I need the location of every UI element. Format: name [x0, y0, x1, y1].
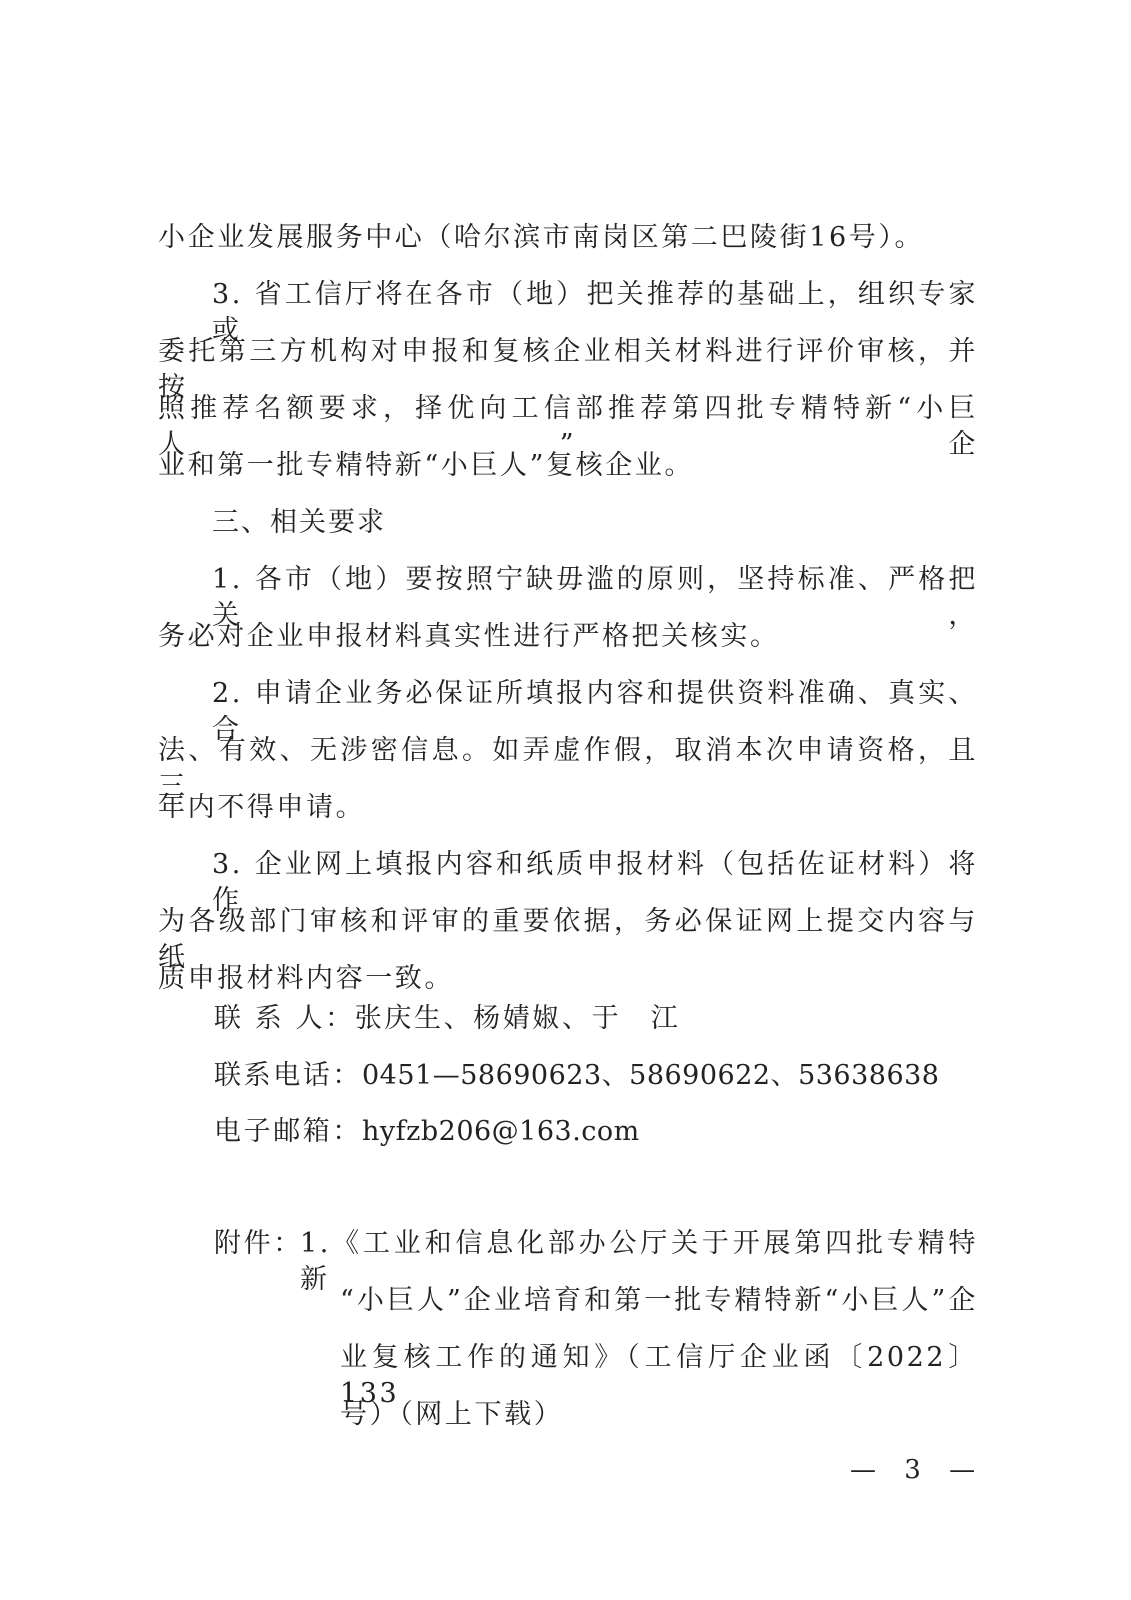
paragraph-line: 业和第一批专精特新“小巨人”复核企业。 — [158, 448, 978, 484]
paragraph-line: 为各级部门审核和评审的重要依据，务必保证网上提交内容与纸 — [158, 904, 978, 940]
attachment-item-line: 1.《工业和信息化部办公厅关于开展第四批专精特新 — [300, 1226, 978, 1262]
section-heading: 三、相关要求 — [212, 505, 978, 541]
contact-phone: 联系电话：0451—58690623、58690622、53638638 — [214, 1058, 914, 1094]
document-page: 小企业发展服务中心（哈尔滨市南岗区第二巴陵街16号）。 3. 省工信厅将在各市（… — [0, 0, 1131, 1600]
paragraph-line: 3. 企业网上填报内容和纸质申报材料（包括佐证材料）将作 — [212, 847, 978, 883]
attachment-item-line: 号）（网上下载） — [340, 1397, 978, 1433]
paragraph-line: 年内不得申请。 — [158, 790, 978, 826]
attachment-item-line: 业复核工作的通知》（工信厅企业函〔2022〕133 — [340, 1340, 978, 1376]
contact-person: 联 系 人：张庆生、杨婧婌、于 江 — [214, 1001, 914, 1037]
paragraph-line: 委托第三方机构对申报和复核企业相关材料进行评价审核，并按 — [158, 334, 978, 370]
paragraph-line: 3. 省工信厅将在各市（地）把关推荐的基础上，组织专家或 — [212, 277, 978, 313]
paragraph-line: 务必对企业申报材料真实性进行严格把关核实。 — [158, 619, 978, 655]
paragraph-line: 法、有效、无涉密信息。如弄虚作假，取消本次申请资格，且三 — [158, 733, 978, 769]
paragraph-line: 小企业发展服务中心（哈尔滨市南岗区第二巴陵街16号）。 — [158, 220, 978, 256]
contact-person-value: 张庆生、杨婧婌、于 江 — [355, 1003, 681, 1034]
paragraph-line: 照推荐名额要求，择优向工信部推荐第四批专精特新“小巨人”企 — [158, 391, 978, 427]
paragraph-line: 质申报材料内容一致。 — [158, 961, 978, 997]
contact-email: 电子邮箱：hyfzb206@163.com — [214, 1114, 914, 1150]
contact-email-link[interactable]: hyfzb206@163.com — [362, 1116, 640, 1147]
page-number: — 3 — — [850, 1455, 985, 1485]
attachment-label: 附件： — [214, 1226, 304, 1262]
paragraph-line: 2. 申请企业务必保证所填报内容和提供资料准确、真实、合 — [212, 676, 978, 712]
paragraph-line: 1. 各市（地）要按照宁缺毋滥的原则，坚持标准、严格把关， — [212, 562, 978, 598]
contact-email-label: 电子邮箱： — [214, 1116, 362, 1147]
contact-person-label: 联 系 人： — [214, 1003, 355, 1034]
attachment-item-line: “小巨人”企业培育和第一批专精特新“小巨人”企 — [340, 1283, 978, 1319]
contact-phone-value: 0451—58690623、58690622、53638638 — [362, 1060, 940, 1091]
contact-phone-label: 联系电话： — [214, 1060, 362, 1091]
